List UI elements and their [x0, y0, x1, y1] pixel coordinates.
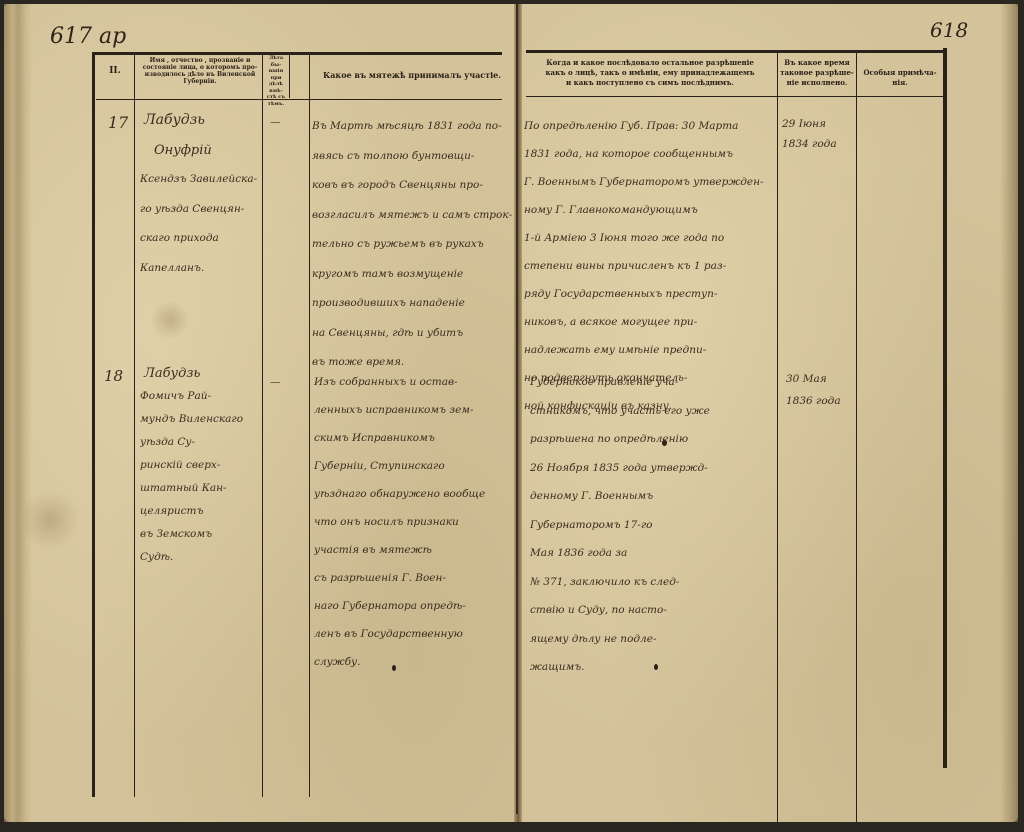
handwritten-line: 1-й Арміею 3 Іюня того же года по: [524, 224, 774, 252]
header-line: Въ какое время: [779, 58, 855, 68]
handwritten-line: ленъ въ Государственную: [314, 620, 512, 648]
header-line: таковое разрѣше-: [779, 68, 855, 78]
header-line: Особыя примѣча-: [858, 68, 942, 78]
handwritten-line: участія въ мятежѣ: [314, 536, 512, 564]
handwritten-line: мундъ Виленскаго: [140, 408, 262, 431]
header-line: стѣ съ: [264, 94, 288, 101]
header-number: II.: [98, 66, 132, 76]
handwritten-line: 1834 года: [782, 134, 854, 154]
header-line: дѣлѣ вмѣ-: [264, 81, 288, 94]
entry-name: Лабудзь Фомичъ Рай- мундъ Виленскаго уѣз…: [140, 362, 262, 569]
header-line: изводилось дѣло въ Виленской: [138, 71, 262, 78]
handwritten-line: жащимъ.: [530, 653, 776, 682]
handwritten-line: ринскій сверх-: [140, 454, 262, 477]
header-line: ніе исполнено.: [779, 78, 855, 88]
handwritten-line: целяристъ: [140, 500, 262, 523]
header-executed: Въ какое время таковое разрѣше- ніе испо…: [779, 58, 855, 88]
ink-blot: [392, 665, 396, 671]
col-rule: [262, 52, 263, 797]
handwritten-line: Капелланъ.: [140, 254, 262, 284]
entry-participation: Изъ собранныхъ и остав- ленныхъ исправни…: [314, 368, 512, 676]
handwritten-line: никовъ, а всякое могущее при-: [524, 308, 774, 336]
handwritten-line: кругомъ тамъ возмущеніе: [312, 260, 512, 290]
handwritten-line: ряду Государственныхъ преступ-: [524, 280, 774, 308]
handwritten-line: Ксендзъ Завилейска-: [140, 165, 262, 195]
entry-number: 17: [108, 108, 128, 138]
entry-age: —: [270, 368, 281, 398]
top-rule-right: [526, 50, 946, 53]
handwritten-line: уѣзднаго обнаружено вообще: [314, 480, 512, 508]
handwritten-line: возгласилъ мятежъ и самъ строк-: [312, 201, 512, 231]
header-participation: Какое въ мятежѣ принималъ участіе.: [312, 70, 512, 80]
handwritten-line: тельно съ ружьемъ въ рукахъ: [312, 230, 512, 260]
handwritten-line: № 371, заключило къ след-: [530, 568, 776, 597]
header-name: Имя , отчество , прозваніе и состояніе л…: [138, 57, 262, 85]
handwritten-line: ленныхъ исправникомъ зем-: [314, 396, 512, 424]
handwritten-line: 1836 года: [786, 390, 856, 412]
handwritten-line: на Свенцяны, гдѣ и убитъ: [312, 319, 512, 349]
handwritten-line: наго Губернатора опредѣ-: [314, 592, 512, 620]
handwritten-line: 30 Мая: [786, 368, 856, 390]
handwritten-line: Онуфрій: [140, 136, 262, 166]
ink-blot: [654, 664, 658, 670]
header-notes: Особыя примѣча- нія.: [858, 68, 942, 88]
entry-resolution: Губернское правленіе уча- стникомъ, что …: [530, 368, 776, 682]
entry-name: Лабудзь Онуфрій Ксендзъ Завилейска- го у…: [140, 106, 262, 283]
handwritten-line: Фомичъ Рай-: [140, 385, 262, 408]
handwritten-line: Лабудзь: [140, 106, 262, 136]
col-rule: [309, 52, 310, 797]
col-rule-small: [289, 52, 290, 98]
handwritten-line: ящему дѣлу не подле-: [530, 625, 776, 654]
handwritten-line: ковъ въ городъ Свенцяны про-: [312, 171, 512, 201]
header-line: и какъ поступлено съ симъ послѣднимъ.: [524, 78, 776, 88]
handwritten-line: скимъ Исправникомъ: [314, 424, 512, 452]
handwritten-line: Въ Мартѣ мѣсяцѣ 1831 года по-: [312, 112, 512, 142]
col-rule: [856, 52, 857, 822]
paper-stain: [20, 490, 80, 550]
handwritten-line: явясь съ толпою бунтовщи-: [312, 142, 512, 172]
handwritten-line: службу.: [314, 648, 512, 676]
handwritten-line: Г. Военнымъ Губернаторомъ утвержден-: [524, 168, 774, 196]
paper-stain: [150, 300, 190, 340]
page-number-right: 618: [930, 18, 968, 42]
handwritten-line: Судѣ.: [140, 546, 262, 569]
header-line: тѣмъ.: [264, 101, 288, 108]
handwritten-line: 26 Ноября 1835 года утвержд-: [530, 454, 776, 483]
handwritten-line: производившихъ нападеніе: [312, 289, 512, 319]
header-line: какъ о лицѣ, такъ о имѣніи, ему принадле…: [524, 68, 776, 78]
header-line: нія.: [858, 78, 942, 88]
header-line: Когда и какое послѣдовало остальное разр…: [524, 58, 776, 68]
entry-participation: Въ Мартѣ мѣсяцѣ 1831 года по- явясь съ т…: [312, 112, 512, 378]
header-line: вшія при: [264, 68, 288, 81]
spine-rule: [516, 4, 518, 814]
handwritten-line: уѣзда Су-: [140, 431, 262, 454]
handwritten-line: стникомъ, что участь его уже: [530, 397, 776, 426]
handwritten-line: степени вины причисленъ къ 1 раз-: [524, 252, 774, 280]
handwritten-line: въ Земскомъ: [140, 523, 262, 546]
header-line: Губерніи.: [138, 78, 262, 85]
handwritten-line: 1831 года, на которое сообщеннымъ: [524, 140, 774, 168]
handwritten-line: денному Г. Военнымъ: [530, 482, 776, 511]
right-border-rule: [943, 48, 947, 768]
header-age: Лѣта бы- вшія при дѣлѣ вмѣ- стѣ съ тѣмъ.: [264, 55, 288, 107]
left-border-rule: [92, 52, 95, 797]
handwritten-line: ствію и Суду, по насто-: [530, 596, 776, 625]
handwritten-line: съ разрѣшенія Г. Воен-: [314, 564, 512, 592]
entry-number: 18: [104, 362, 123, 392]
handwritten-line: штатный Кан-: [140, 477, 262, 500]
handwritten-line: ному Г. Главнокомандующимъ: [524, 196, 774, 224]
col-rule: [134, 52, 135, 797]
handwritten-line: Лабудзь: [140, 362, 262, 385]
handwritten-line: го уѣзда Свенцян-: [140, 195, 262, 225]
col-rule: [777, 52, 778, 822]
entry-executed: 29 Іюня 1834 года: [782, 114, 854, 154]
handwritten-line: Губерніи, Ступинскаго: [314, 452, 512, 480]
top-rule-left: [94, 52, 502, 55]
handwritten-line: разрѣшена по опредѣленію: [530, 425, 776, 454]
handwritten-line: Мая 1836 года за: [530, 539, 776, 568]
handwritten-line: скаго прихода: [140, 224, 262, 254]
handwritten-line: Изъ собранныхъ и остав-: [314, 368, 512, 396]
handwritten-line: Губернское правленіе уча-: [530, 368, 776, 397]
handwritten-line: Губернаторомъ 17-го: [530, 511, 776, 540]
header-line: Имя , отчество , прозваніе и: [138, 57, 262, 64]
handwritten-line: 29 Іюня: [782, 114, 854, 134]
page-number-left: 617 ар: [50, 24, 126, 49]
handwritten-line: надлежать ему имѣніе предпи-: [524, 336, 774, 364]
header-resolution: Когда и какое послѣдовало остальное разр…: [524, 58, 776, 88]
ink-blot: [662, 440, 667, 446]
header-line: Лѣта бы-: [264, 55, 288, 68]
header-line: состояніе лица, о которомъ про-: [138, 64, 262, 71]
handwritten-line: По опредѣленію Губ. Прав: 30 Марта: [524, 112, 774, 140]
header-rule-right: [526, 96, 944, 97]
handwritten-line: что онъ носилъ признаки: [314, 508, 512, 536]
entry-age: —: [270, 108, 281, 138]
header-rule-left: [96, 99, 502, 100]
entry-executed: 30 Мая 1836 года: [786, 368, 856, 412]
